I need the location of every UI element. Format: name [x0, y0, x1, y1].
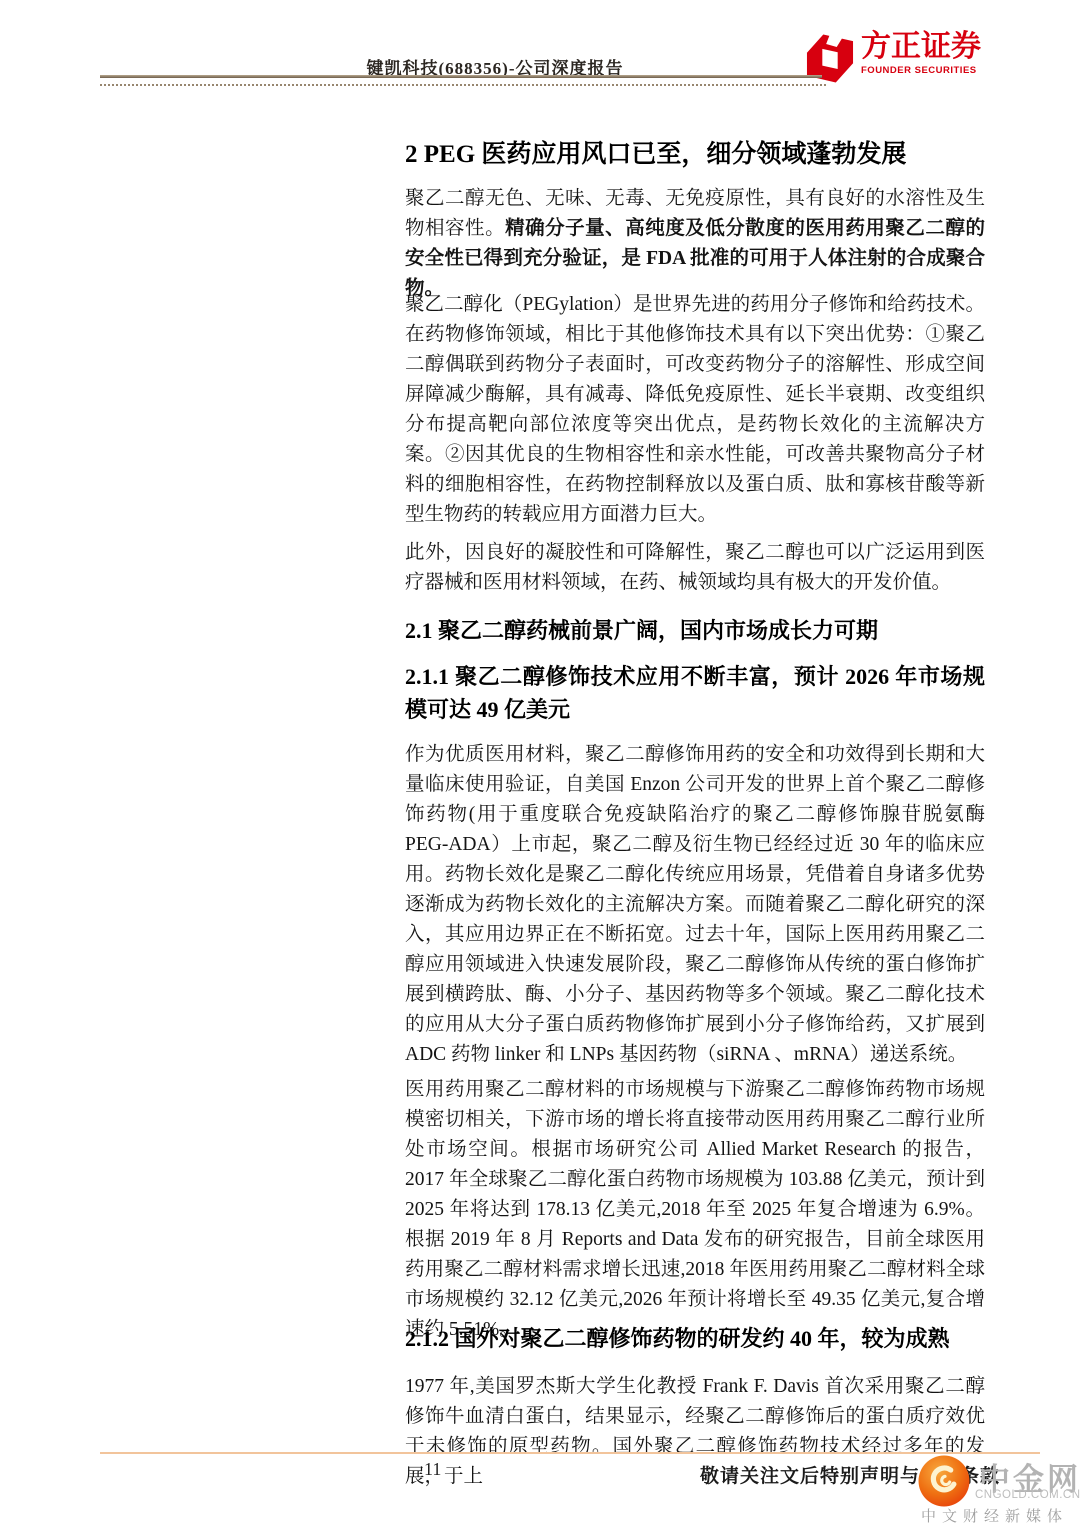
- body-paragraph-medical-devices: 此外，因良好的凝胶性和可降解性，聚乙二醇也可以广泛运用到医疗器械和医用材料领域，…: [405, 538, 985, 598]
- report-body: 2 PEG 医药应用风口已至，细分领域蓬勃发展 聚乙二醇无色、无味、无毒、无免疫…: [405, 0, 985, 1527]
- report-page: 键凯科技(688356)-公司深度报告 方正证券 FOUNDER SECURIT…: [0, 0, 1080, 1527]
- heading-2-1-2: 2.1.2 国外对聚乙二醇修饰药物的研发约 40 年，较为成熟: [405, 1322, 985, 1355]
- cngold-logo-icon: [918, 1455, 970, 1507]
- cngold-tagline: 中文财经新媒体: [921, 1505, 1068, 1526]
- section-title: 2 PEG 医药应用风口已至，细分领域蓬勃发展: [405, 134, 985, 170]
- heading-2-1: 2.1 聚乙二醇药械前景广阔，国内市场成长力可期: [405, 614, 985, 647]
- body-paragraph-pegylation: 聚乙二醇化（PEGylation）是世界先进的药用分子修饰和给药技术。在药物修饰…: [405, 290, 985, 530]
- heading-2-1-1: 2.1.1 聚乙二醇修饰技术应用不断丰富，预计 2026 年市场规模可达 49 …: [405, 660, 985, 726]
- page-number: 11: [424, 1459, 441, 1480]
- body-paragraph-clinical-history: 作为优质医用材料，聚乙二醇修饰用药的安全和功效得到长期和大量临床使用验证，自美国…: [405, 740, 985, 1070]
- body-paragraph-peg-properties: 聚乙二醇无色、无味、无毒、无免疫原性，具有良好的水溶性及生物相容性。精确分子量、…: [405, 184, 985, 304]
- cngold-domain: CNGOLD.COM.CN: [975, 1489, 1080, 1501]
- body-paragraph-market-size: 医用药用聚乙二醇材料的市场规模与下游聚乙二醇修饰药物市场规模密切相关，下游市场的…: [405, 1075, 985, 1345]
- cngold-watermark: 中金网 CNGOLD.COM.CN 中文财经新媒体: [895, 1448, 1080, 1527]
